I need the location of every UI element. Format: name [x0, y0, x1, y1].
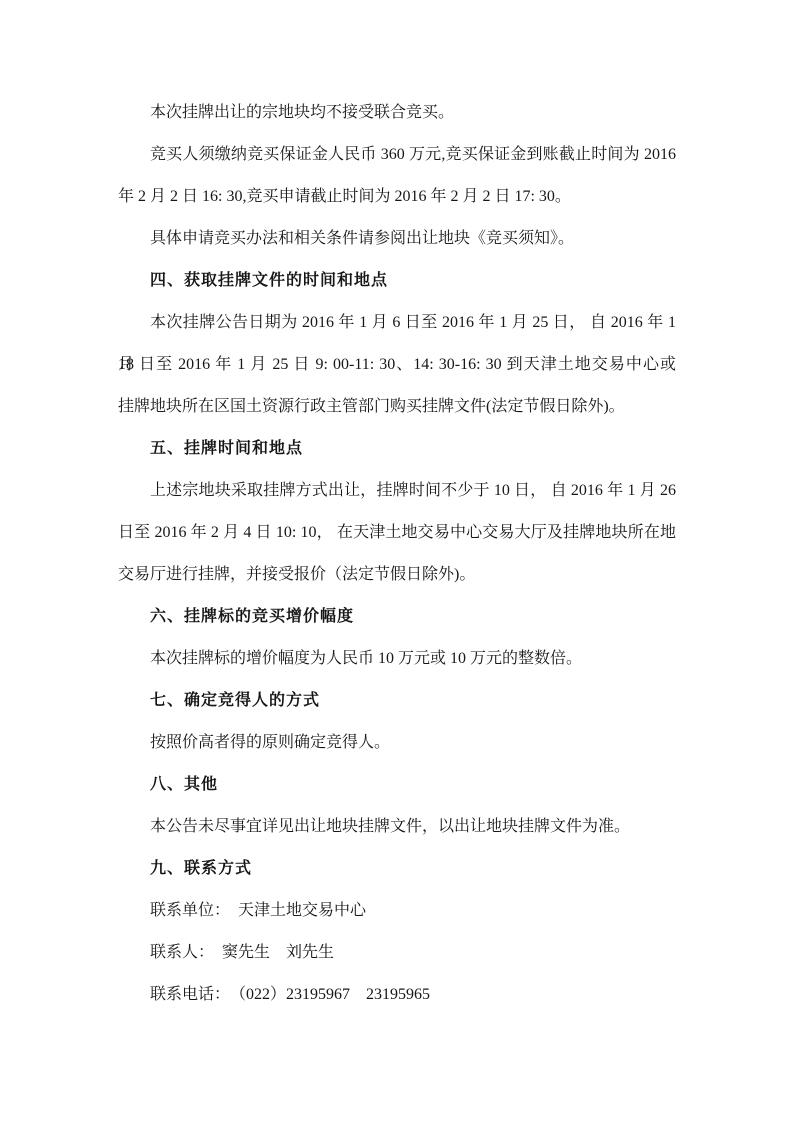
section-heading-6: 六、挂牌标的竞买增价幅度 [118, 596, 676, 638]
document-content: 本次挂牌出让的宗地块均不接受联合竞买。竞买人须缴纳竞买保证金人民币 360 万元… [118, 92, 676, 1016]
section-heading-8: 八、其他 [118, 764, 676, 806]
section-heading-7: 七、确定竞得人的方式 [118, 680, 676, 722]
paragraph-line: 交易厅进行挂牌，并接受报价（法定节假日除外)。 [118, 554, 676, 596]
paragraph-line: 年 2 月 2 日 16: 30,竞买申请截止时间为 2016 年 2 月 2 … [118, 176, 676, 218]
section-heading-5: 五、挂牌时间和地点 [118, 428, 676, 470]
paragraph-line: 按照价高者得的原则确定竞得人。 [118, 722, 676, 764]
paragraph-line: 具体申请竞买办法和相关条件请参阅出让地块《竞买须知》。 [118, 218, 676, 260]
paragraph-line: 本次挂牌标的增价幅度为人民币 10 万元或 10 万元的整数倍。 [118, 638, 676, 680]
paragraph-line: 挂牌地块所在区国土资源行政主管部门购买挂牌文件(法定节假日除外)。 [118, 386, 676, 428]
paragraph-line: 本公告未尽事宜详见出让地块挂牌文件，以出让地块挂牌文件为准。 [118, 806, 676, 848]
paragraph-line: 本次挂牌出让的宗地块均不接受联合竞买。 [118, 92, 676, 134]
paragraph-line: 18 日至 2016 年 1 月 25 日 9: 00-11: 30、14: 3… [118, 344, 676, 386]
paragraph-line: 竞买人须缴纳竞买保证金人民币 360 万元,竞买保证金到账截止时间为 2016 [118, 134, 676, 176]
contact-phone-line: 联系电话： （022）23195967 23195965 [118, 974, 676, 1016]
section-heading-4: 四、获取挂牌文件的时间和地点 [118, 260, 676, 302]
document-page: 本次挂牌出让的宗地块均不接受联合竞买。竞买人须缴纳竞买保证金人民币 360 万元… [0, 0, 794, 1123]
paragraph-line: 上述宗地块采取挂牌方式出让，挂牌时间不少于 10 日， 自 2016 年 1 月… [118, 470, 676, 512]
section-heading-9: 九、联系方式 [118, 848, 676, 890]
paragraph-line: 日至 2016 年 2 月 4 日 10: 10， 在天津土地交易中心交易大厅及… [118, 512, 676, 554]
paragraph-line: 本次挂牌公告日期为 2016 年 1 月 6 日至 2016 年 1 月 25 … [118, 302, 676, 344]
contact-unit-line: 联系单位： 天津土地交易中心 [118, 890, 676, 932]
contact-person-line: 联系人： 窦先生 刘先生 [118, 932, 676, 974]
